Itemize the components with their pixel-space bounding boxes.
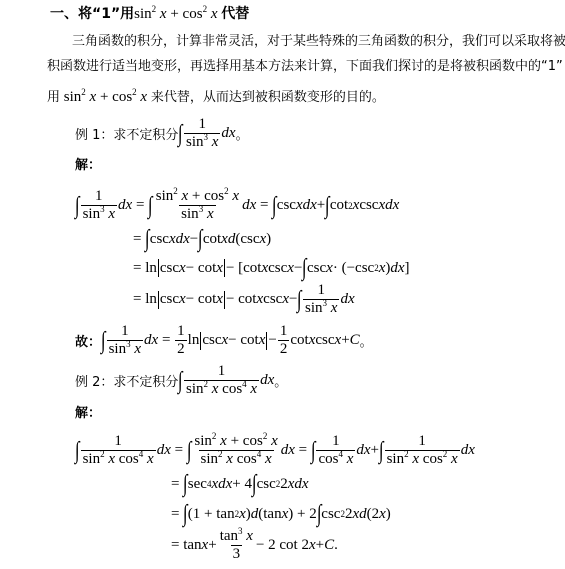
example-2-integral: ∫1sin2 x cos4 xdx [178, 363, 274, 398]
ex1-derivation-line-3: = lncsc x − cot x− [cot x csc x − ∫csc x… [133, 256, 410, 280]
example-1-conclusion: 故： ∫1sin3 xdx = 12lncsc x − cot x− 12cot… [75, 323, 373, 358]
example-2-label: 例 2：求不定积分 [75, 371, 178, 390]
intro-line-2: 积函数进行适当地变形，再选择用基本方法来计算，下面我们探讨的是将被积函数中的“1… [47, 55, 563, 74]
heading-suffix: 代替 [221, 6, 249, 22]
ex2-derivation-line-3: = ∫(1 + tan2 x)d(tan x) + 2∫csc2 2xd(2x) [171, 502, 391, 526]
example-2-end: 。 [274, 371, 287, 390]
example-1-end: 。 [236, 124, 249, 143]
example-1-label: 例 1：求不定积分 [75, 124, 178, 143]
example-1-integral: ∫ 1sin3 xdx [178, 116, 235, 151]
ex1-derivation-line-4: = lncsc x − cot x− cot x csc x − ∫1sin3 … [133, 282, 355, 317]
ex2-derivation-line-4: = tan x + tan3 x3 − 2 cot 2x + C. [171, 528, 338, 563]
example-2-solution-label: 解： [75, 402, 101, 421]
conclusion-math: ∫1sin3 xdx = 12lncsc x − cot x− 12cot x … [101, 323, 360, 358]
example-2-statement: 例 2：求不定积分 ∫1sin2 x cos4 xdx 。 [75, 363, 287, 398]
intro-line-1: 三角函数的积分，计算非常灵活，对于某些特殊的三角函数的积分，我们可以采取将被 [72, 30, 565, 49]
ex1-derivation-line-1: ∫1sin3 xdx = ∫sin2 x + cos2 xsin3 xdx = … [75, 188, 399, 223]
ex2-derivation-line-1: ∫1sin2 x cos4 xdx = ∫sin2 x + cos2 xsin2… [75, 433, 475, 468]
heading-prefix: 一、将“1”用 [50, 6, 134, 22]
example-1-solution-label: 解： [75, 154, 101, 173]
ex1-derivation-line-2: = ∫csc xdx − ∫cot xd(csc x) [133, 227, 271, 251]
ex2-derivation-line-2: = ∫sec4 xdx + 4∫csc2 2xdx [171, 472, 309, 496]
intro-line-3: 用 sin2 x + cos2 x 来代替，从而达到被积函数变形的目的。 [47, 86, 385, 106]
intro-line3-suffix: 来代替，从而达到被积函数变形的目的。 [151, 90, 385, 105]
intro-line3-prefix: 用 [47, 90, 60, 105]
example-1-statement: 例 1：求不定积分 ∫ 1sin3 xdx 。 [75, 116, 249, 151]
conclusion-end: 。 [360, 331, 373, 350]
section-heading: 一、将“1”用sin2 x + cos2 x 代替 [50, 3, 249, 23]
intro-math: sin2 x + cos2 x [60, 89, 151, 105]
heading-math: sin2 x + cos2 x [134, 6, 221, 22]
conclusion-label: 故： [75, 331, 101, 350]
